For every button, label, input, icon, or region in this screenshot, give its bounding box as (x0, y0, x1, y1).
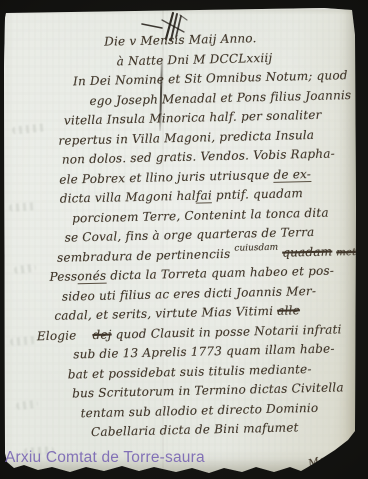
margin-note: Elogie (37, 328, 77, 343)
manuscript-text: Die v Mensis Maij Anno.à Natte Dni M DCC… (4, 27, 365, 444)
scanned-manuscript-screenshot: { "page": { "background_color": "#141412… (0, 0, 368, 479)
archive-stamp: Arxiu Comtat de Torre-saura (5, 449, 205, 467)
manuscript-page: Die v Mensis Maij Anno.à Natte Dni M DCC… (4, 7, 357, 473)
